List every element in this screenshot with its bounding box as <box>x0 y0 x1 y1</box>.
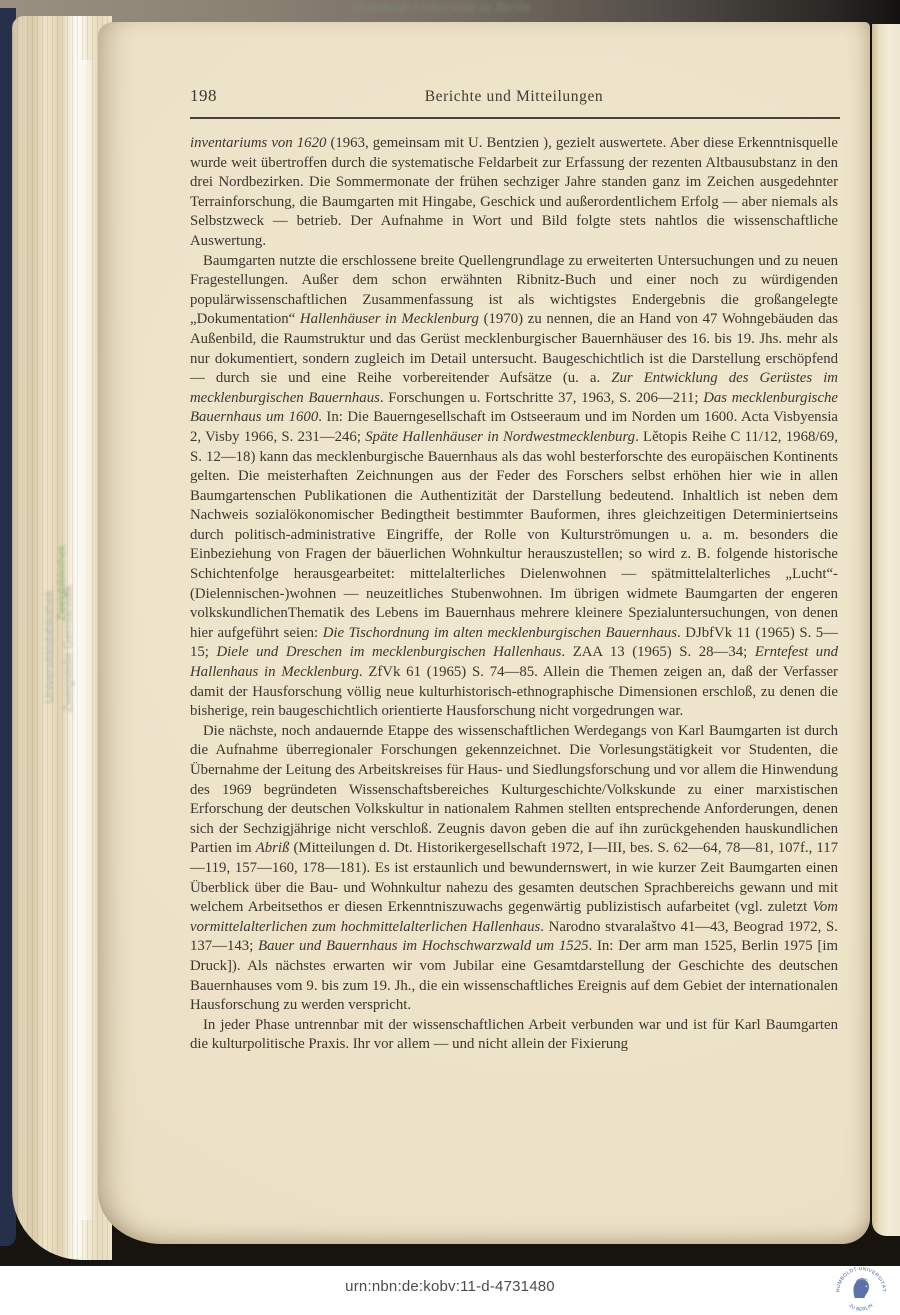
page-edge-highlight <box>76 60 94 1220</box>
paragraph: Die nächste, noch andauernde Etappe des … <box>190 722 838 1016</box>
page-edges-left <box>12 16 112 1260</box>
university-seal-icon: HUMBOLDT-UNIVERSITÄT · ZU BERLIN · <box>834 1262 888 1315</box>
header-rule <box>190 117 840 119</box>
seal-portrait <box>853 1278 869 1298</box>
book-top-edge: Humboldt-Universität zu Berlin <box>0 0 900 24</box>
digitization-footer: urn:nbn:de:kobv:11-d-4731480 HUMBOLDT-UN… <box>0 1266 900 1315</box>
svg-text:· ZU BERLIN ·: · ZU BERLIN · <box>846 1300 876 1311</box>
seal-ring-text-bottom: · ZU BERLIN · <box>846 1300 876 1311</box>
page-body: inventariums von 1620 (1963, gemeinsam m… <box>190 134 838 1055</box>
paragraph: inventariums von 1620 (1963, gemeinsam m… <box>190 134 838 252</box>
handwritten-inscription: Humboldt-Universität zu Berlin <box>208 1 673 23</box>
book-scan: Humboldt-Universität zu Berlin Universit… <box>0 0 900 1315</box>
facing-page-edge <box>872 24 900 1236</box>
paragraph: In jeder Phase untrennbar mit der wissen… <box>190 1016 838 1055</box>
running-head: Berichte und Mitteilungen <box>190 88 838 106</box>
paragraph: Baumgarten nutzte die erschlossene breit… <box>190 252 838 722</box>
urn-text: urn:nbn:de:kobv:11-d-4731480 <box>0 1278 900 1295</box>
book-page: 198 Berichte und Mitteilungen inventariu… <box>98 22 870 1244</box>
